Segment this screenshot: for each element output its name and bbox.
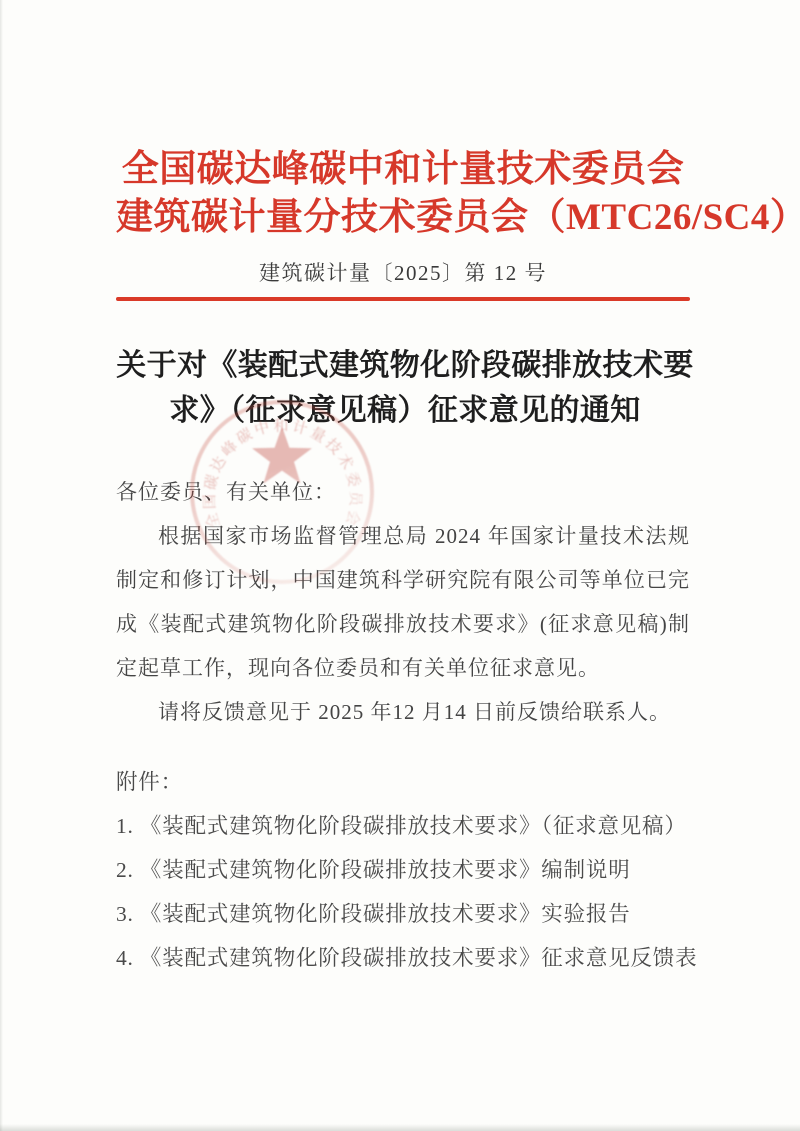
attachment-item: 1. 《装配式建筑物化阶段碳排放技术要求》（征求意见稿） bbox=[116, 804, 690, 848]
document-number: 建筑碳计量〔2025〕第 12 号 bbox=[116, 258, 690, 288]
letterhead: 全国碳达峰碳中和计量技术委员会 建筑碳计量分技术委员会（MTC26/SC4） bbox=[116, 146, 690, 242]
red-divider-rule bbox=[116, 297, 690, 301]
attachments-section: 附件： 1. 《装配式建筑物化阶段碳排放技术要求》（征求意见稿） 2. 《装配式… bbox=[116, 760, 690, 980]
letterhead-line2: 建筑碳计量分技术委员会（MTC26/SC4） bbox=[116, 194, 690, 242]
body-paragraph: 请将反馈意见于 2025 年12 月14 日前反馈给联系人。 bbox=[116, 690, 690, 734]
attachment-item: 3. 《装配式建筑物化阶段碳排放技术要求》实验报告 bbox=[116, 892, 690, 936]
document-page: 全国碳达峰碳中和计量技术委员会 建筑碳计量分技术委员会（MTC26/SC4） 建… bbox=[0, 0, 800, 1131]
attachments-label: 附件： bbox=[116, 760, 690, 804]
letterhead-line1: 全国碳达峰碳中和计量技术委员会 bbox=[116, 146, 690, 194]
salutation: 各位委员、有关单位： bbox=[116, 470, 690, 514]
attachment-item: 2. 《装配式建筑物化阶段碳排放技术要求》编制说明 bbox=[116, 848, 690, 892]
body-paragraph: 根据国家市场监督管理总局 2024 年国家计量技术法规制定和修订计划，中国建筑科… bbox=[116, 514, 690, 690]
notice-title: 关于对《装配式建筑物化阶段碳排放技术要求》（征求意见稿）征求意见的通知 bbox=[116, 343, 694, 433]
attachment-item: 4. 《装配式建筑物化阶段碳排放技术要求》征求意见反馈表 bbox=[116, 936, 690, 980]
